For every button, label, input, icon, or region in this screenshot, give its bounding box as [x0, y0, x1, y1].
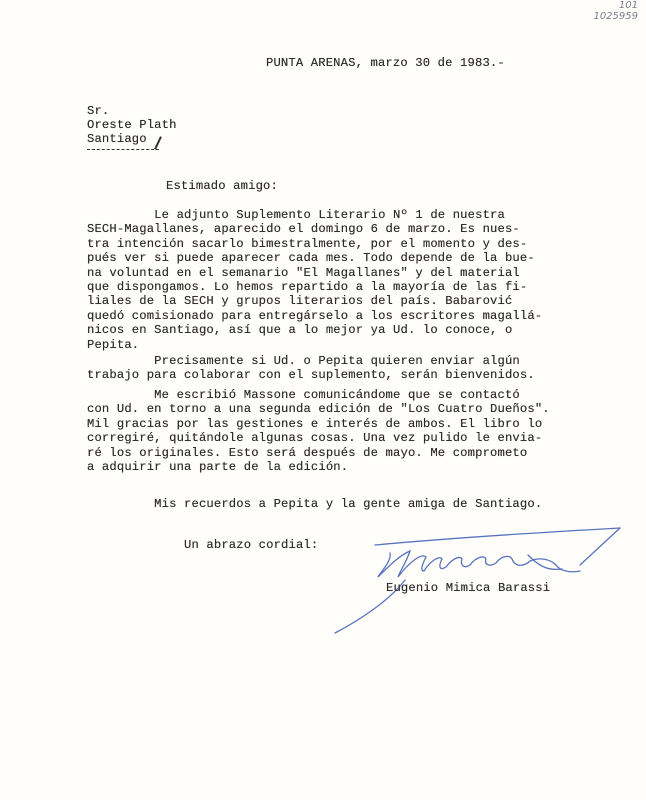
paragraph-line: Me escribió Massone comunicándome que se… — [87, 388, 520, 402]
recipient-name: Oreste Plath — [87, 118, 177, 132]
paragraph-line: con Ud. en torno a una segunda edición d… — [87, 402, 550, 416]
paragraph-line: liales de la SECH y grupos literarios de… — [87, 294, 512, 308]
paragraph-line: tra intención sacarlo bimestralmente, po… — [87, 237, 527, 251]
paragraph-line: SECH-Magallanes, aparecido el domingo 6 … — [87, 222, 520, 236]
dateline: PUNTA ARENAS, marzo 30 de 1983.- — [266, 56, 505, 70]
recipient-city: Santiago — [87, 132, 147, 146]
closing: Un abrazo cordial: — [184, 538, 318, 552]
address-slash-mark — [154, 136, 162, 150]
signatory-name: Eugenio Mimica Barassi — [386, 581, 550, 595]
paragraph-line: nicos en Santiago, así que a lo mejor ya… — [87, 323, 512, 337]
address-underline — [87, 149, 159, 151]
paragraph-line: Mis recuerdos a Pepita y la gente amiga … — [87, 497, 542, 511]
paragraph-line: que dispongamos. Lo hemos repartido a la… — [87, 280, 527, 294]
archive-number-annotation: 101 1025959 — [593, 0, 638, 22]
paragraph-line: Le adjunto Suplemento Literario Nº 1 de … — [87, 208, 505, 222]
letter-page: 101 1025959 PUNTA ARENAS, marzo 30 de 19… — [0, 0, 646, 800]
paragraph-line: corregiré, quitándole algunas cosas. Una… — [87, 431, 542, 445]
paragraph-line: Pepita. — [87, 338, 139, 352]
paragraph-line: pués ver si puede aparecer cada mes. Tod… — [87, 251, 535, 265]
archive-number-line2: 1025959 — [593, 11, 638, 22]
paragraph-line: na voluntad en el semanario "El Magallan… — [87, 266, 520, 280]
handwritten-signature-icon — [330, 525, 630, 635]
paragraph-line: quedó comisionado para entregárselo a lo… — [87, 309, 542, 323]
archive-number-line1: 101 — [593, 0, 638, 11]
paragraph-line: ré los originales. Esto será después de … — [87, 446, 527, 460]
greeting: Estimado amigo: — [166, 179, 278, 193]
paragraph-line: a adquirir una parte de la edición. — [87, 460, 348, 474]
paragraph-line: trabajo para colaborar con el suplemento… — [87, 368, 535, 382]
paragraph-line: Precisamente si Ud. o Pepita quieren env… — [87, 354, 520, 368]
paragraph-line: Mil gracias por las gestiones e interés … — [87, 417, 542, 431]
recipient-title: Sr. — [87, 104, 109, 118]
